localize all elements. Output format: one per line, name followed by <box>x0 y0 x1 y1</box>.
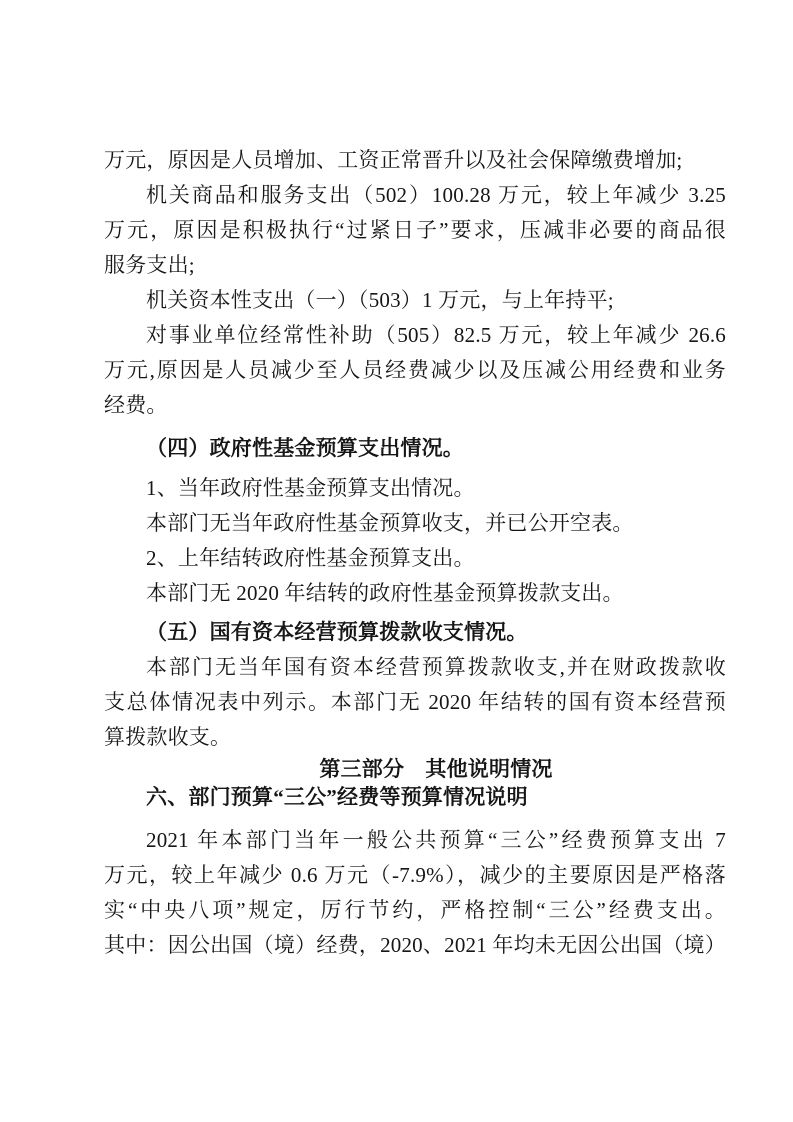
text-line: 服务支出; <box>104 248 726 283</box>
text-line: 1、当年政府性基金预算支出情况。 <box>104 471 726 506</box>
paragraph: 2、上年结转政府性基金预算支出。 <box>104 541 726 576</box>
text-line: 2、上年结转政府性基金预算支出。 <box>104 541 726 576</box>
paragraph: 本部门无 2020 年结转的政府性基金预算拨款支出。 <box>104 576 726 611</box>
document-body: 万元，原因是人员增加、工资正常晋升以及社会保障缴费增加;机关商品和服务支出（50… <box>104 143 726 963</box>
section-heading: 六、部门预算“三公”经费等预算情况说明 <box>104 783 726 811</box>
text-line: 本部门无当年国有资本经营预算拨款收支,并在财政拨款收 <box>104 650 726 685</box>
text-line: 其中：因公出国（境）经费，2020、2021 年均未无因公出国（境） <box>104 928 726 963</box>
section-heading: （四）政府性基金预算支出情况。 <box>104 431 726 466</box>
text-line: （四）政府性基金预算支出情况。 <box>104 431 726 466</box>
text-line: 机关商品和服务支出（502）100.28 万元，较上年减少 3.25 <box>104 178 726 213</box>
text-line: 2021 年本部门当年一般公共预算“三公”经费预算支出 7 <box>104 823 726 858</box>
document-page: 万元，原因是人员增加、工资正常晋升以及社会保障缴费增加;机关商品和服务支出（50… <box>0 0 793 1122</box>
text-line: 本部门无当年政府性基金预算收支，并已公开空表。 <box>104 506 726 541</box>
text-line: 六、部门预算“三公”经费等预算情况说明 <box>104 783 726 811</box>
text-line: 机关资本性支出（一）（503）1 万元，与上年持平; <box>104 283 726 318</box>
text-line: 万元，较上年减少 0.6 万元（-7.9%），减少的主要原因是严格落 <box>104 858 726 893</box>
text-line: 经费。 <box>104 388 726 423</box>
paragraph: 万元，原因是人员增加、工资正常晋升以及社会保障缴费增加; <box>104 143 726 178</box>
text-line: 万元，原因是积极执行“过紧日子”要求，压减非必要的商品很 <box>104 213 726 248</box>
text-line: 对事业单位经常性补助（505）82.5 万元，较上年减少 26.6 <box>104 318 726 353</box>
paragraph: 本部门无当年国有资本经营预算拨款收支,并在财政拨款收支总体情况表中列示。本部门无… <box>104 650 726 755</box>
paragraph: 机关资本性支出（一）（503）1 万元，与上年持平; <box>104 283 726 318</box>
text-line: 本部门无 2020 年结转的政府性基金预算拨款支出。 <box>104 576 726 611</box>
paragraph: 2021 年本部门当年一般公共预算“三公”经费预算支出 7万元，较上年减少 0.… <box>104 823 726 963</box>
text-line: 算拨款收支。 <box>104 720 726 755</box>
text-line: 万元,原因是人员减少至人员经费减少以及压减公用经费和业务 <box>104 353 726 388</box>
text-line: 支总体情况表中列示。本部门无 2020 年结转的国有资本经营预 <box>104 685 726 720</box>
text-line: 第三部分 其他说明情况 <box>104 755 726 783</box>
paragraph: 对事业单位经常性补助（505）82.5 万元，较上年减少 26.6万元,原因是人… <box>104 318 726 423</box>
section-heading: 第三部分 其他说明情况 <box>104 755 726 783</box>
text-line: 实“中央八项”规定，厉行节约，严格控制“三公”经费支出。 <box>104 893 726 928</box>
text-line: 万元，原因是人员增加、工资正常晋升以及社会保障缴费增加; <box>104 143 726 178</box>
section-heading: （五）国有资本经营预算拨款收支情况。 <box>104 615 726 650</box>
text-line: （五）国有资本经营预算拨款收支情况。 <box>104 615 726 650</box>
paragraph: 机关商品和服务支出（502）100.28 万元，较上年减少 3.25万元，原因是… <box>104 178 726 283</box>
paragraph: 1、当年政府性基金预算支出情况。 <box>104 471 726 506</box>
paragraph: 本部门无当年政府性基金预算收支，并已公开空表。 <box>104 506 726 541</box>
